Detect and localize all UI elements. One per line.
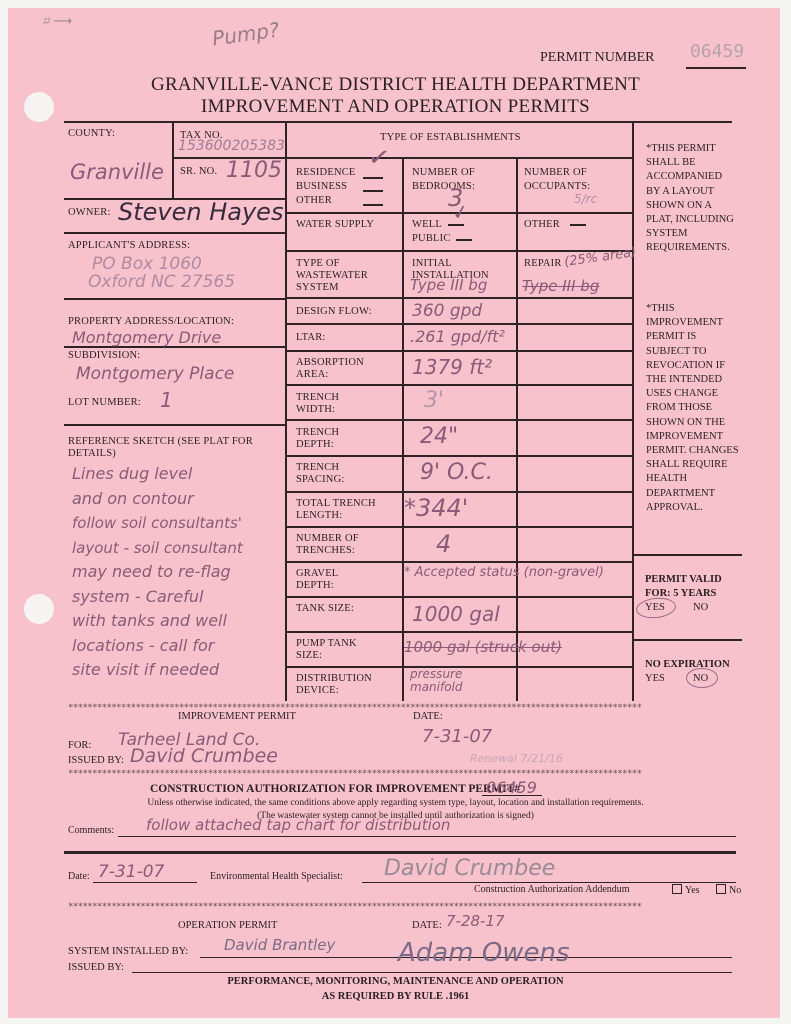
ca-date-value[interactable]: 7-31-07 [98,862,164,882]
construction-auth-conditions: Unless otherwise indicated, the same con… [0,798,791,808]
divider [285,631,632,633]
no-expiration-no-circled [686,668,718,688]
hole-punch-bottom [24,594,54,624]
pump-tank-size-label: PUMP TANK SIZE: [296,638,376,662]
divider [285,350,632,352]
public-blank[interactable] [456,239,472,241]
divider [402,157,404,701]
divider [285,491,632,493]
county-label: COUNTY: [68,128,115,140]
divider [285,297,632,299]
separator-stars: ****************************************… [68,703,740,713]
distribution-device-label: DISTRIBUTION DEVICE: [296,673,396,697]
sketch-note-line: with tanks and well [72,609,282,634]
divider [172,121,174,199]
number-of-trenches-label: NUMBER OF TRENCHES: [296,533,396,557]
divider [64,424,285,426]
lot-number-label: LOT NUMBER: [68,397,141,409]
separator-stars: ****************************************… [68,902,740,912]
divider [632,121,634,701]
comments-value[interactable]: follow attached tap chart for distributi… [146,816,450,834]
wastewater-type-label: TYPE OF WASTEWATER SYSTEM [296,258,396,294]
reference-sketch-notes: Lines dug level and on contour follow so… [72,462,282,683]
sketch-note-line: Lines dug level [72,462,282,487]
property-address-value[interactable]: Montgomery Drive [72,328,221,347]
operation-permit-header: OPERATION PERMIT [178,920,277,931]
operation-issued-by-signature[interactable]: Adam Owens [398,938,570,968]
sr-no-label: SR. NO. [180,166,217,178]
sketch-note-line: and on contour [72,487,282,512]
owner-value[interactable]: Steven Hayes [118,198,283,226]
renewal-note: Renewal 7/21/16 [470,752,563,765]
thick-divider [64,851,736,854]
comments-label: Comments: [68,825,114,836]
sketch-note-line: locations - call for [72,634,282,659]
ehs-underline [362,882,736,883]
title-line-1: GRANVILLE-VANCE DISTRICT HEALTH DEPARTME… [0,74,791,96]
ca-date-underline [93,882,197,883]
issued-by-label: ISSUED BY: [68,755,124,766]
divider [285,526,632,528]
distribution-device-value[interactable]: pressure manifold [410,668,490,694]
divider [285,157,632,159]
applicant-address-line-2[interactable]: Oxford NC 27565 [88,272,235,292]
no-expiration-yes[interactable]: YES [645,673,665,684]
property-address-label: PROPERTY ADDRESS/LOCATION: [68,316,234,328]
repair-type-value[interactable]: Type III bg [522,277,599,295]
permit-number-underline [686,67,746,69]
gravel-depth-label: GRAVEL DEPTH: [296,568,376,592]
number-of-trenches-value[interactable]: 4 [436,530,451,558]
installed-by-value[interactable]: David Brantley [224,936,335,954]
improvement-permit-header: IMPROVEMENT PERMIT [178,711,296,722]
margin-sketch: ⌗ ⟶ [42,14,72,29]
construction-auth-permit-value[interactable]: 06459 [486,778,537,797]
residence-blank[interactable] [363,177,383,179]
trench-width-label: TRENCH WIDTH: [296,392,376,416]
operation-issued-by-underline [132,972,732,973]
construction-auth-header: CONSTRUCTION AUTHORIZATION FOR IMPROVEME… [150,783,520,795]
design-flow-value[interactable]: 360 gpd [412,301,482,321]
trench-spacing-label: TRENCH SPACING: [296,462,376,486]
footer-line-1: PERFORMANCE, MONITORING, MAINTENANCE AND… [0,976,791,987]
bedrooms-label-1: NUMBER OF [412,167,475,179]
applicant-address-label: APPLICANT'S ADDRESS: [68,240,190,252]
absorption-area-value[interactable]: 1379 ft² [412,355,492,379]
addendum-no-label: No [729,885,741,896]
operation-issued-by-label: ISSUED BY: [68,962,124,973]
tax-no-value[interactable]: 153600205383 [178,138,285,154]
permit-valid-label: PERMIT VALID [645,574,722,585]
business-label: BUSINESS [296,181,347,193]
reference-sketch-label: REFERENCE SKETCH (SEE PLAT FOR DETAILS) [68,436,278,460]
permit-number-value: 06459 [690,41,744,62]
checkbox-icon [716,884,726,894]
sketch-note-line: layout - soil consultant [72,536,282,561]
well-label: WELL [412,219,442,231]
divider [632,554,742,556]
operation-date-label: DATE: [412,920,442,931]
trench-depth-label: TRENCH DEPTH: [296,427,376,451]
water-supply-label: WATER SUPPLY [296,219,374,231]
improvement-date-value[interactable]: 7-31-07 [422,726,492,747]
installed-by-label: SYSTEM INSTALLED BY: [68,946,188,957]
divider [285,323,632,325]
separator-stars: ****************************************… [68,769,740,779]
bedrooms-label: BEDROOMS: [412,181,475,193]
addendum-yes-checkbox[interactable]: Yes [672,884,700,896]
addendum-no-checkbox[interactable]: No [716,884,741,896]
absorption-area-label: ABSORPTION AREA: [296,357,396,381]
sketch-note-line: may need to re-flag [72,560,282,585]
design-flow-label: DESIGN FLOW: [296,306,372,318]
revocation-note: *THIS IMPROVEMENT PERMIT IS SUBJECT TO R… [646,302,739,515]
checkbox-icon [672,884,682,894]
sketch-note-line: system - Careful [72,585,282,610]
other-label: OTHER [296,195,332,207]
divider [632,639,742,641]
county-value[interactable]: Granville [70,160,164,184]
public-label: PUBLIC [412,233,451,245]
addendum-label: Construction Authorization Addendum [474,884,630,895]
operation-date-value[interactable]: 7-28-17 [446,912,505,930]
sketch-note-line: follow soil consultants' [72,511,282,536]
no-expiration-label: NO EXPIRATION [645,659,730,670]
subdivision-value[interactable]: Montgomery Place [76,364,234,384]
repair-label: REPAIR [524,258,562,270]
ehs-label: Environmental Health Specialist: [210,871,343,882]
ltar-label: LTAR: [296,332,326,344]
permit-valid-no[interactable]: NO [693,602,708,613]
lot-number-value[interactable]: 1 [160,388,173,412]
divider [285,561,632,563]
permit-number-label: PERMIT NUMBER [540,50,654,66]
divider [285,121,287,701]
layout-requirement-note: *THIS PERMIT SHALL BE ACCOMPANIED BY A L… [646,142,734,256]
applicant-address-line-1[interactable]: PO Box 1060 [92,254,202,274]
divider [285,384,632,386]
sketch-note-line: site visit if needed [72,658,282,683]
ca-date-label: Date: [68,871,90,882]
divider [285,596,632,598]
addendum-yes-label: Yes [685,885,700,896]
occupants-label-1: NUMBER OF [524,167,587,179]
tank-size-label: TANK SIZE: [296,603,356,615]
tank-size-value[interactable]: 1000 gal [412,602,500,626]
ltar-value[interactable]: .261 gpd/ft² [410,327,505,346]
trench-depth-value[interactable]: 24" [420,424,458,449]
sr-no-value[interactable]: 1105 [226,158,282,183]
footer-line-2: AS REQUIRED BY RULE .1961 [0,991,791,1002]
gravel-depth-value[interactable]: * Accepted status (non-gravel) [404,566,624,580]
residence-label: RESIDENCE [296,167,356,179]
comments-underline [118,836,736,837]
divider [285,250,632,252]
initial-type-value[interactable]: Type III bg [410,276,487,294]
for-label: FOR: [68,740,91,751]
ehs-signature[interactable]: David Crumbee [384,856,555,881]
water-other-label: OTHER [524,219,560,231]
trench-width-value[interactable]: 3' [424,388,444,413]
improvement-date-label: DATE: [413,711,443,722]
pump-tank-size-value[interactable]: 1000 gal (struck out) [404,638,562,656]
total-trench-length-value[interactable]: *344' [404,494,468,522]
divider [285,455,632,457]
title-line-2: IMPROVEMENT AND OPERATION PERMITS [0,96,791,118]
water-other-blank[interactable] [570,224,586,226]
divider [516,157,518,701]
business-blank[interactable] [363,190,383,192]
other-blank[interactable] [363,204,383,206]
owner-label: OWNER: [68,207,111,219]
establishment-header: TYPE OF ESTABLISHMENTS [380,132,521,144]
issued-by-value[interactable]: David Crumbee [130,745,278,767]
divider [64,298,285,300]
divider [285,419,632,421]
occupants-value[interactable]: 5/rc [574,192,597,206]
trench-spacing-value[interactable]: 9' O.C. [420,460,493,485]
total-trench-length-label: TOTAL TRENCH LENGTH: [296,498,396,522]
divider [64,232,285,234]
subdivision-label: SUBDIVISION: [68,350,140,362]
